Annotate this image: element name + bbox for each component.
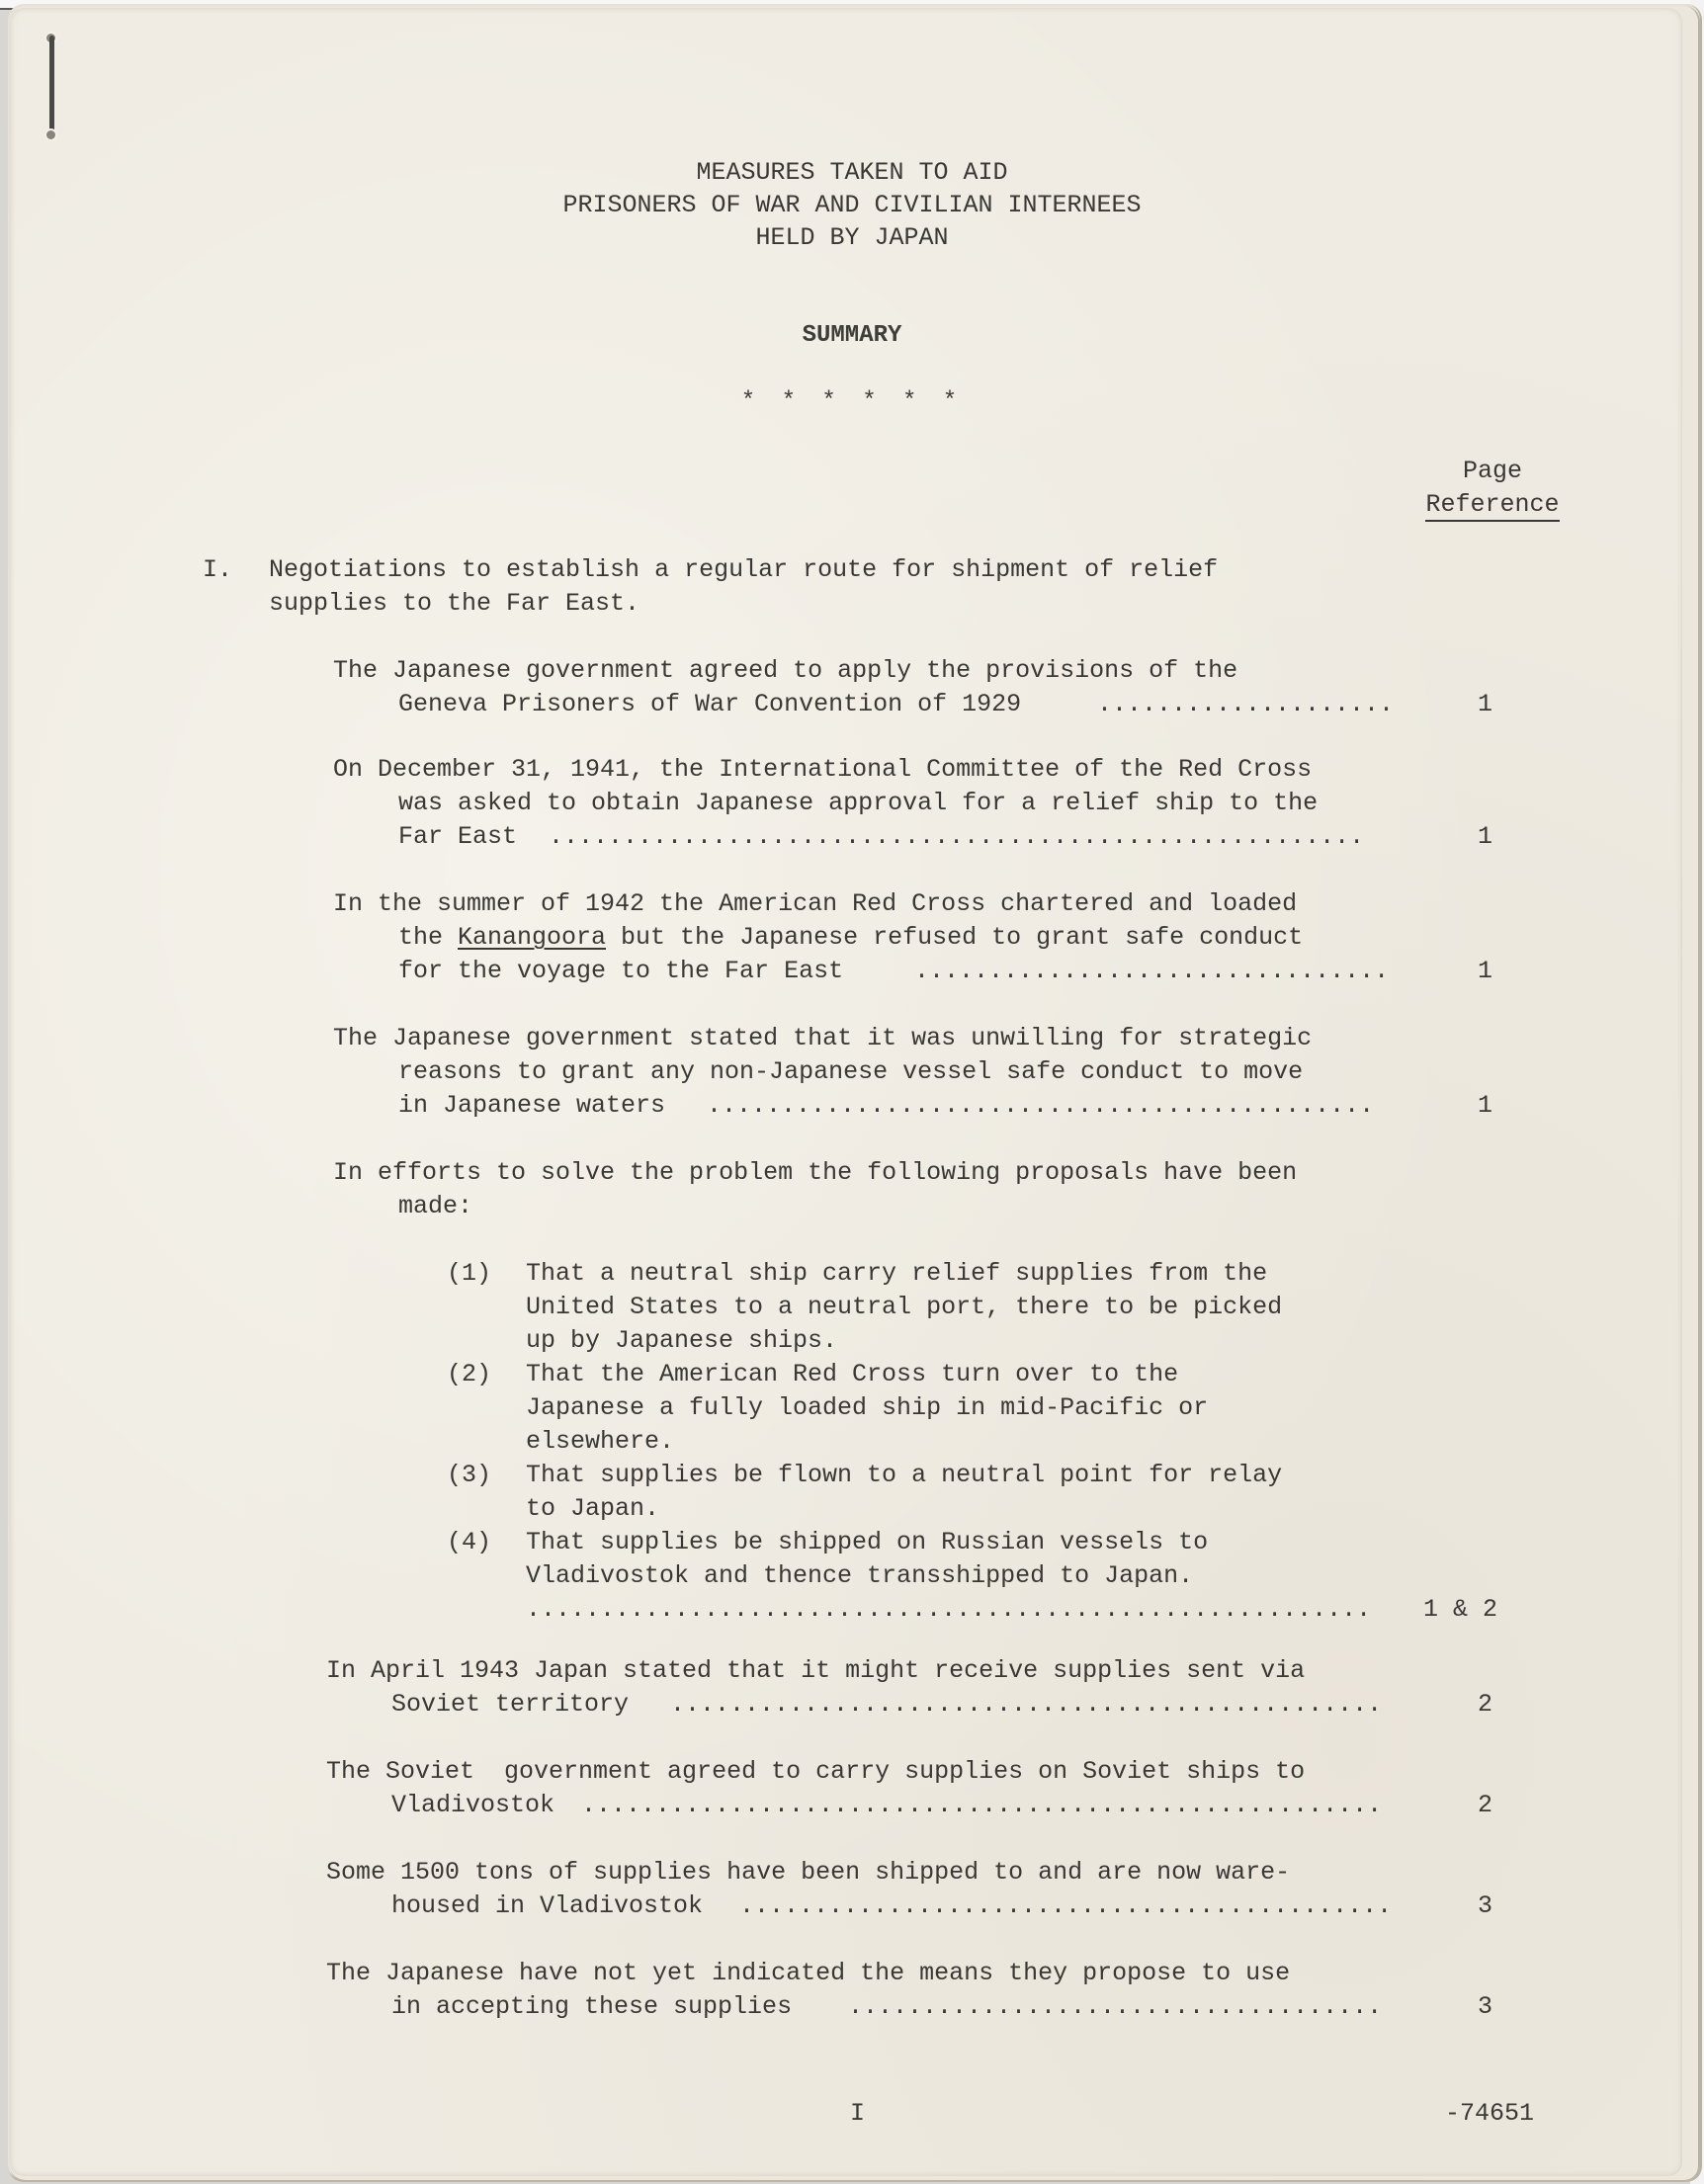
proposal-line: That the American Red Cross turn over to… bbox=[526, 1358, 1178, 1391]
entry-line: Soviet territory bbox=[391, 1688, 629, 1722]
page-ref: 1 bbox=[1413, 1089, 1492, 1123]
section-heading-line-1: Negotiations to establish a regular rout… bbox=[269, 553, 1218, 587]
document-content: MEASURES TAKEN TO AID PRISONERS OF WAR A… bbox=[0, 0, 1704, 2184]
proposal-line: Japanese a fully loaded ship in mid-Paci… bbox=[526, 1391, 1208, 1425]
entry-line: the Kanangoora but the Japanese refused … bbox=[398, 921, 1303, 955]
proposal-line: United States to a neutral port, there t… bbox=[526, 1291, 1282, 1324]
proposal-line: That supplies be flown to a neutral poin… bbox=[526, 1459, 1282, 1492]
page-reference-label-1: Page bbox=[1394, 455, 1591, 488]
entry-line: Vladivostok bbox=[391, 1789, 554, 1822]
entry-text: but the Japanese refused to grant safe c… bbox=[606, 923, 1303, 952]
section-numeral: I. bbox=[203, 553, 232, 587]
entry-line: for the voyage to the Far East bbox=[398, 955, 843, 988]
entry-line: was asked to obtain Japanese approval fo… bbox=[398, 787, 1318, 820]
entry-line: Far East bbox=[398, 820, 517, 854]
page-ref: 1 bbox=[1413, 955, 1492, 988]
entry-line: The Soviet government agreed to carry su… bbox=[326, 1755, 1305, 1789]
entry-line: In the summer of 1942 the American Red C… bbox=[333, 887, 1297, 921]
leader-dots: ........................................… bbox=[549, 820, 1404, 854]
proposal-line: Vladivostok and thence transshipped to J… bbox=[526, 1559, 1193, 1593]
ship-name: Kanangoora bbox=[458, 923, 606, 952]
page-number: I bbox=[850, 2099, 865, 2128]
entry-line: reasons to grant any non-Japanese vessel… bbox=[398, 1055, 1303, 1089]
document-id: -74651 bbox=[1445, 2099, 1534, 2128]
entry-line: Geneva Prisoners of War Convention of 19… bbox=[398, 688, 1021, 721]
title-line-1: MEASURES TAKEN TO AID bbox=[0, 158, 1704, 187]
page-ref: 3 bbox=[1413, 1990, 1492, 2024]
proposal-label: (4) bbox=[447, 1526, 491, 1559]
proposal-line: elsewhere. bbox=[526, 1425, 674, 1459]
leader-dots: ........................................… bbox=[739, 1890, 1404, 1923]
page-ref: 1 bbox=[1413, 820, 1492, 854]
page-ref: 1 bbox=[1413, 688, 1492, 721]
entry-line: On December 31, 1941, the International … bbox=[333, 753, 1312, 787]
entry-line: in Japanese waters bbox=[398, 1089, 665, 1123]
title-line-2: PRISONERS OF WAR AND CIVILIAN INTERNEES bbox=[0, 191, 1704, 219]
entry-line: The Japanese government agreed to apply … bbox=[333, 654, 1237, 688]
proposal-label: (3) bbox=[447, 1459, 491, 1492]
entry-line: In April 1943 Japan stated that it might… bbox=[326, 1654, 1305, 1688]
proposal-label: (1) bbox=[447, 1257, 491, 1291]
entry-line: The Japanese government stated that it w… bbox=[333, 1022, 1312, 1055]
entry-line: made: bbox=[398, 1190, 472, 1223]
entry-line: housed in Vladivostok bbox=[391, 1890, 703, 1923]
page-reference-header: Page Reference bbox=[1394, 455, 1591, 522]
title-line-3: HELD BY JAPAN bbox=[0, 223, 1704, 252]
page-ref: 3 bbox=[1413, 1890, 1492, 1923]
page-ref: 2 bbox=[1413, 1789, 1492, 1822]
proposal-line: That a neutral ship carry relief supplie… bbox=[526, 1257, 1267, 1291]
entry-line: Some 1500 tons of supplies have been shi… bbox=[326, 1856, 1290, 1890]
leader-dots: ........................................… bbox=[581, 1789, 1404, 1822]
page-ref: 2 bbox=[1413, 1688, 1492, 1722]
entry-line: The Japanese have not yet indicated the … bbox=[326, 1957, 1290, 1990]
leader-dots: .................... bbox=[1097, 688, 1404, 721]
page-reference-label-2: Reference bbox=[1425, 490, 1559, 522]
entry-line: in accepting these supplies bbox=[391, 1990, 792, 2024]
leader-dots: ................................ bbox=[914, 955, 1404, 988]
proposal-label: (2) bbox=[447, 1358, 491, 1391]
entry-line: In efforts to solve the problem the foll… bbox=[333, 1156, 1297, 1190]
leader-dots: .................................... bbox=[848, 1990, 1404, 2024]
separator-stars: * * * * * * bbox=[0, 388, 1704, 415]
page-ref: 1 & 2 bbox=[1423, 1593, 1522, 1627]
leader-dots: ........................................… bbox=[670, 1688, 1404, 1722]
section-heading-line-2: supplies to the Far East. bbox=[269, 587, 639, 621]
leader-dots: ........................................… bbox=[707, 1089, 1404, 1123]
proposal-line: up by Japanese ships. bbox=[526, 1324, 837, 1358]
summary-heading: SUMMARY bbox=[0, 322, 1704, 349]
entry-text: the bbox=[398, 923, 458, 952]
leader-dots: ........................................… bbox=[526, 1593, 1404, 1627]
proposal-line: That supplies be shipped on Russian vess… bbox=[526, 1526, 1208, 1559]
proposal-line: to Japan. bbox=[526, 1492, 659, 1526]
